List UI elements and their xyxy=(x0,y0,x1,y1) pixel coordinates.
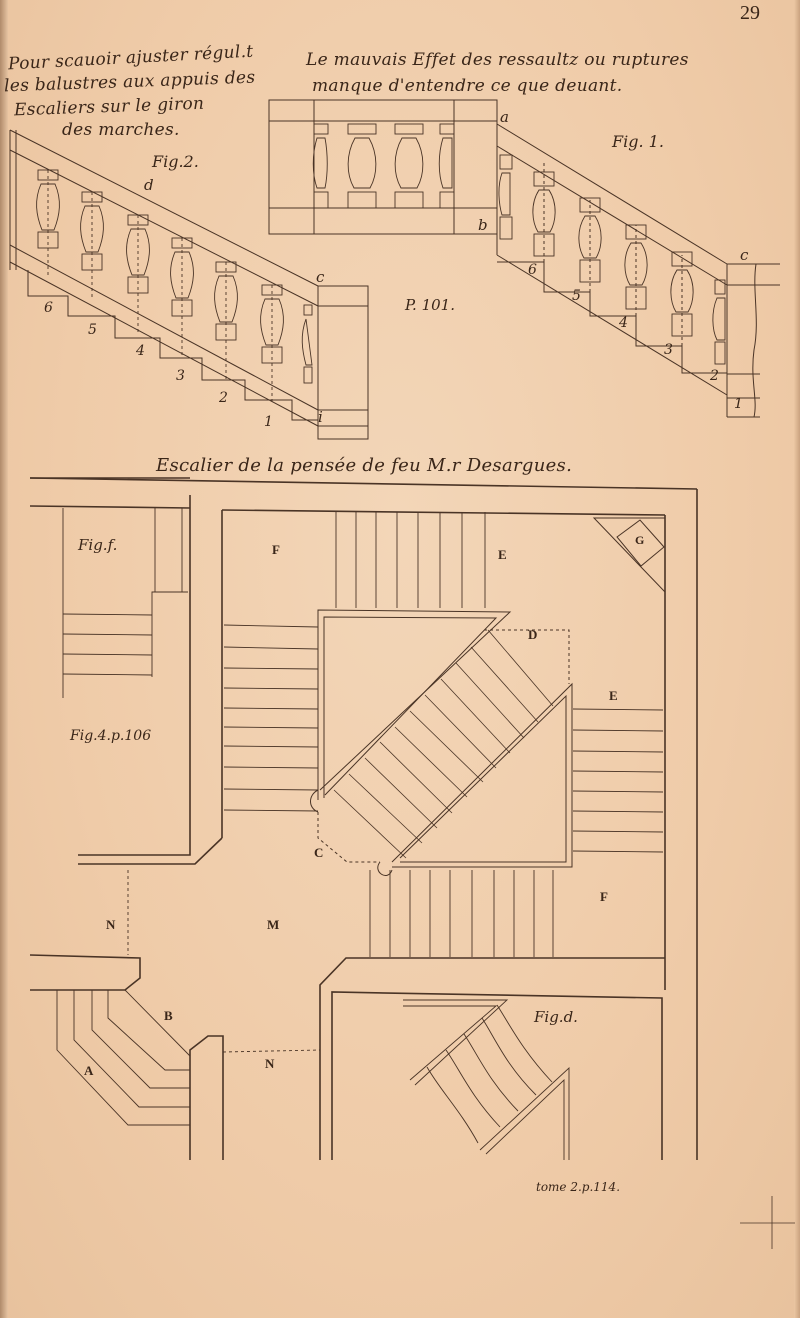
plan-bottom-stair-flight xyxy=(370,870,553,957)
plan-label-B: B xyxy=(164,1008,173,1024)
plan-label-G: G xyxy=(635,533,644,548)
fig1-step-3: 3 xyxy=(664,342,673,358)
plan-walls xyxy=(30,478,697,1160)
fig2-step-1: 1 xyxy=(264,414,273,430)
fig2-step-5: 5 xyxy=(88,322,97,338)
plan-label-F-right: F xyxy=(600,889,608,905)
fig1-step-4: 4 xyxy=(619,315,628,331)
fig2-step-4: 4 xyxy=(136,343,145,359)
fig1-step-2: 2 xyxy=(710,368,719,384)
engraved-plate-page: 29 Pour scauoir ajuster régul.t les balu… xyxy=(0,0,800,1318)
engraving-drawing xyxy=(0,0,800,1318)
fig1-step-1: 1 xyxy=(734,396,743,412)
crop-mark xyxy=(740,1196,795,1249)
fig1-step-6: 6 xyxy=(528,262,537,278)
fig1-balustrade-drawing xyxy=(497,124,780,417)
plan-lower-left-stair xyxy=(57,870,320,1125)
fig2-label-i: i xyxy=(318,408,323,426)
fig1-step-5: 5 xyxy=(572,288,581,304)
plan-label-F-top: F xyxy=(272,542,280,558)
fig2-step-2: 2 xyxy=(219,390,228,406)
fig1-label-c: c xyxy=(740,246,748,264)
fig-4-title: Fig.4.p.106 xyxy=(70,728,151,744)
plan-label-D: D xyxy=(528,627,537,643)
plan-right-stair-flight xyxy=(573,709,663,852)
fig2-step-6: 6 xyxy=(44,300,53,316)
plan-label-E-right: E xyxy=(609,688,618,704)
plan-diagonal-stair-treads xyxy=(334,630,553,858)
fig2-balusters xyxy=(37,170,312,403)
plan-label-N-left: N xyxy=(106,917,115,933)
fig1-elevation-drawing xyxy=(269,100,497,234)
fig1-label-a: a xyxy=(500,108,509,126)
plan-left-stair-flight xyxy=(224,625,318,811)
fig2-step-3: 3 xyxy=(176,368,185,384)
fig1-elevation-balusters xyxy=(313,124,454,208)
plan-label-A: A xyxy=(84,1063,93,1079)
fig2-label-d: d xyxy=(144,176,154,194)
fig2-label-c: c xyxy=(316,268,324,286)
fig-d-title: Fig.d. xyxy=(534,1008,578,1026)
plan-label-M: M xyxy=(267,917,279,933)
fig-f-title: Fig.f. xyxy=(78,536,117,554)
fig1-label-b: b xyxy=(478,216,488,234)
plan-label-N-bottom: N xyxy=(265,1056,274,1072)
fig1-balusters xyxy=(499,155,725,364)
plan-label-E-top: E xyxy=(498,547,507,563)
plan-top-stair-flight xyxy=(336,512,485,608)
plan-label-C: C xyxy=(314,845,323,861)
